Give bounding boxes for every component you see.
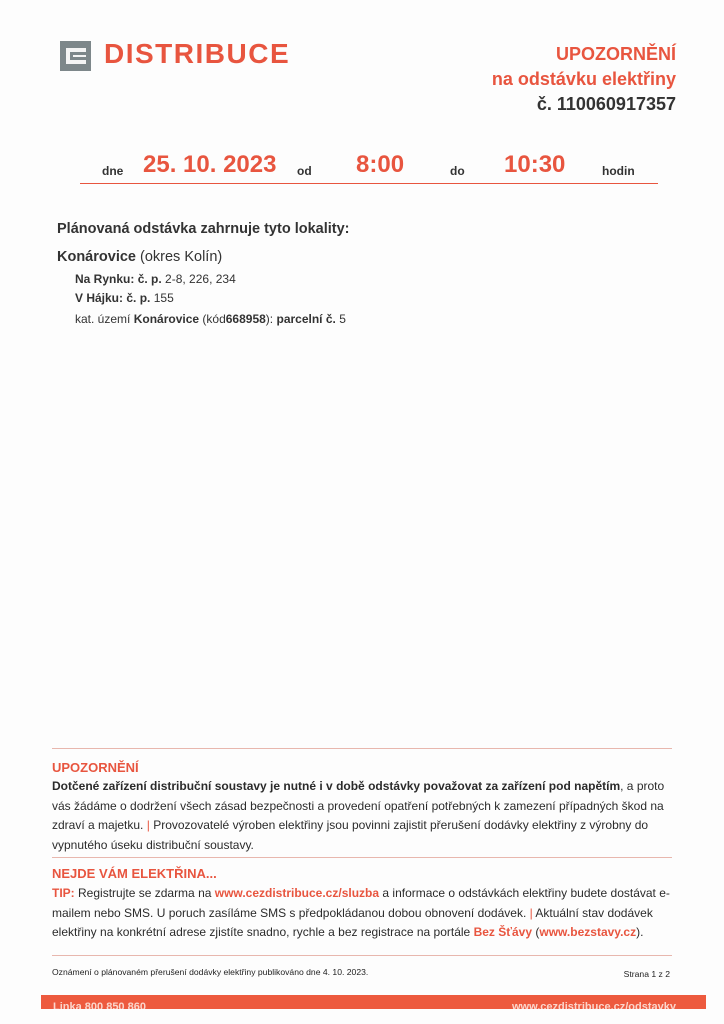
date-label: dne: [102, 164, 123, 178]
warning-divider: [52, 748, 672, 749]
cp-label: č. p.: [138, 272, 162, 286]
hotline: Linka 800 850 860: [53, 1001, 146, 1009]
locations-heading: Plánovaná odstávka zahrnuje tyto lokalit…: [57, 221, 350, 237]
tip-text: TIP: Registrujte se zdarma na www.cezdis…: [52, 884, 677, 943]
website-link[interactable]: www.cezdistribuce.cz/odstavky: [512, 1001, 676, 1009]
paren-close: ).: [636, 925, 643, 939]
unit-label: hodin: [602, 164, 635, 178]
schedule-divider: [80, 183, 658, 184]
cadastre-prefix: kat. území: [75, 312, 130, 326]
separator: |: [530, 906, 533, 920]
cp-label: č. p.: [126, 291, 150, 305]
published-note: Oznámení o plánovaném přerušení dodávky …: [52, 967, 368, 977]
house-numbers: 155: [154, 291, 174, 305]
footer-bar: Linka 800 850 860 www.cezdistribuce.cz/o…: [41, 995, 706, 1009]
notice-title-block: UPOZORNĚNÍ na odstávku elektřiny č. 1100…: [492, 42, 676, 117]
cadastre-code: 668958: [226, 312, 266, 326]
cadastre-area: Konárovice: [134, 312, 199, 326]
warning-heading: UPOZORNĚNÍ: [52, 760, 139, 775]
cadastre-item: kat. území Konárovice (kód668958): parce…: [75, 312, 346, 326]
to-time: 10:30: [504, 151, 565, 179]
notice-number: č. 110060917357: [492, 92, 676, 117]
tip-text-1: Registrujte se zdarma na: [78, 886, 211, 900]
parcel-number: 5: [339, 312, 346, 326]
to-label: do: [450, 164, 465, 178]
tip-heading: NEJDE VÁM ELEKTŘINA...: [52, 866, 217, 881]
street-item: V Hájku: č. p. 155: [75, 291, 174, 305]
code-label: (kód: [202, 312, 225, 326]
street-item: Na Rynku: č. p. 2-8, 226, 234: [75, 272, 236, 286]
notice-title: UPOZORNĚNÍ: [492, 42, 676, 67]
page-number: Strana 1 z 2: [624, 969, 670, 979]
warning-text: Dotčené zařízení distribuční soustavy je…: [52, 777, 677, 855]
tip-divider: [52, 857, 672, 858]
parcel-label: parcelní č.: [276, 312, 335, 326]
notice-subtitle: na odstávku elektřiny: [492, 67, 676, 92]
bezstavy-link[interactable]: www.bezstavy.cz: [539, 925, 636, 939]
street-name: Na Rynku:: [75, 272, 134, 286]
separator: |: [147, 818, 150, 832]
warning-bold: Dotčené zařízení distribuční soustavy je…: [52, 779, 620, 793]
footer-divider: [52, 955, 672, 956]
portal-name: Bez Šťávy: [474, 925, 532, 939]
service-link[interactable]: www.cezdistribuce.cz/sluzba: [215, 886, 379, 900]
from-time: 8:00: [356, 151, 404, 179]
from-label: od: [297, 164, 312, 178]
town-name: Konárovice: [57, 249, 136, 265]
district: (okres Kolín): [140, 249, 222, 265]
house-numbers: 2-8, 226, 234: [165, 272, 236, 286]
code-close: ):: [266, 312, 273, 326]
cez-logo-icon: [60, 41, 91, 71]
location-town: Konárovice (okres Kolín): [57, 249, 222, 265]
tip-label: TIP:: [52, 886, 75, 900]
brand-name: DISTRIBUCE: [104, 38, 290, 70]
street-name: V Hájku:: [75, 291, 123, 305]
outage-date: 25. 10. 2023: [143, 151, 276, 179]
schedule-row: dne 25. 10. 2023 od 8:00 do 10:30 hodin: [80, 146, 658, 182]
